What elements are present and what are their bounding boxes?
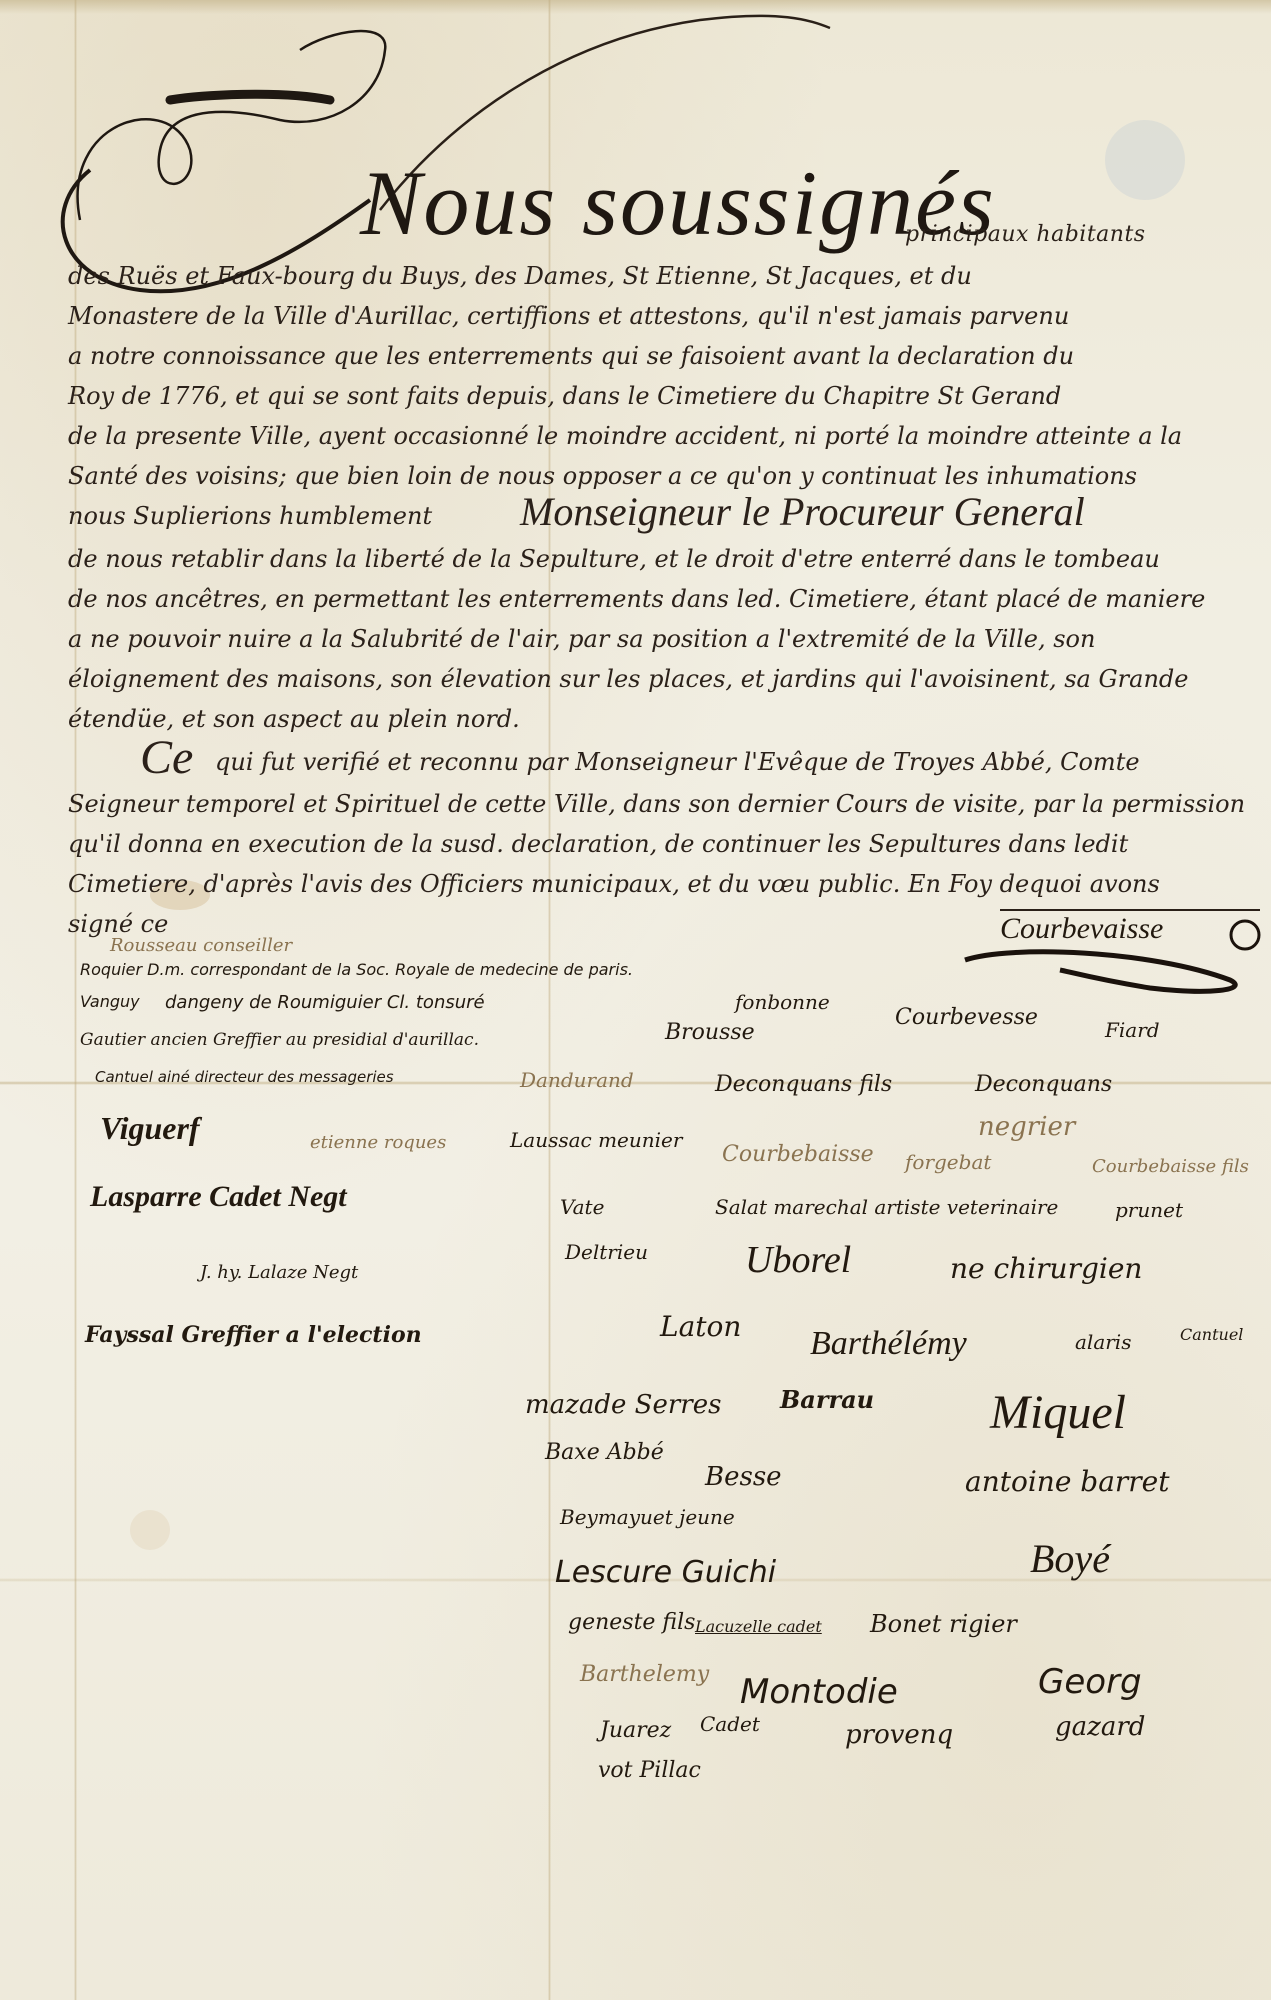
signature: Juarez <box>600 1718 671 1743</box>
signature: Brousse <box>665 1020 755 1045</box>
signature: etienne roques <box>310 1132 446 1153</box>
signature: Beymayuet jeune <box>560 1505 735 1529</box>
signature: Vate <box>560 1195 604 1219</box>
signature: Uborel <box>745 1238 851 1282</box>
stain <box>130 1510 170 1550</box>
signature: mazade Serres <box>525 1390 721 1420</box>
body-line: éloignement des maisons, son élevation s… <box>68 665 1188 693</box>
signature: fonbonne <box>735 990 830 1014</box>
signature: Cantuel ainé directeur des messageries <box>95 1068 394 1086</box>
signature: Lacuzelle cadet <box>695 1617 822 1636</box>
body-line: Roy de 1776, et qui se sont faits depuis… <box>68 382 1061 410</box>
signature: forgebat <box>905 1150 991 1174</box>
signature: Fiard <box>1105 1018 1160 1042</box>
body-line: nous Suplierions humblement <box>68 502 432 530</box>
heading-continuation: principaux habitants <box>905 222 1146 247</box>
signature: prunet <box>1115 1198 1183 1222</box>
signature: Courbebaisse <box>722 1142 874 1167</box>
signature: Courbebaisse fils <box>1092 1156 1249 1177</box>
paragraph2-line: Seigneur temporel et Spirituel de cette … <box>68 790 1245 818</box>
signature: Laussac meunier <box>510 1128 682 1152</box>
signature: Gautier ancien Greffier au presidial d'a… <box>80 1030 479 1050</box>
signature: Cadet <box>700 1712 760 1736</box>
body-line: a notre connoissance que les enterrement… <box>68 342 1074 370</box>
body-line: de nous retablir dans la liberté de la S… <box>68 545 1160 573</box>
signature: Laton <box>660 1310 741 1343</box>
signature: J. hy. Lalaze Negt <box>200 1262 358 1283</box>
signature: gazard <box>1055 1712 1145 1742</box>
signature: Besse <box>705 1462 782 1492</box>
signature: Rousseau conseiller <box>110 935 292 956</box>
body-line: de nos ancêtres, en permettant les enter… <box>68 585 1205 613</box>
signature: Deconquans fils <box>715 1072 892 1097</box>
signature: Deltrieu <box>565 1240 648 1264</box>
signature: Dandurand <box>520 1068 634 1092</box>
signature: provenq <box>845 1720 953 1750</box>
signature: Montodie <box>740 1672 898 1712</box>
signature: Lasparre Cadet Negt <box>90 1180 347 1214</box>
signature: Bonet rigier <box>870 1610 1017 1638</box>
body-line: Monastere de la Ville d'Aurillac, certif… <box>68 302 1069 330</box>
body-line: des Ruës et Faux-bourg du Buys, des Dame… <box>68 262 972 290</box>
signature: ne chirurgien <box>950 1252 1142 1285</box>
body-line: de la presente Ville, ayent occasionné l… <box>68 422 1182 450</box>
signature: Barrau <box>780 1385 874 1414</box>
signature: Fayssal Greffier a l'election <box>85 1322 422 1348</box>
signature: Barthélémy <box>810 1325 967 1363</box>
signature: negrier <box>978 1112 1075 1142</box>
document-page: Nous soussignés principaux habitants des… <box>0 0 1271 2000</box>
signature: Roquier D.m. correspondant de la Soc. Ro… <box>80 960 633 979</box>
paragraph2-line: qu'il donna en execution de la susd. dec… <box>68 830 1128 858</box>
signature: Baxe Abbé <box>545 1440 664 1465</box>
paragraph2-line: signé ce <box>68 910 168 938</box>
signature: Miquel <box>990 1385 1126 1440</box>
heading-title: Nous soussignés <box>360 150 996 256</box>
paragraph2-line: Cimetiere, d'après l'avis des Officiers … <box>68 870 1160 898</box>
signature: Georg <box>1038 1662 1142 1702</box>
signature: Cantuel <box>1180 1325 1243 1344</box>
signature: Vanguy <box>80 992 140 1011</box>
signature: Courbevesse <box>895 1005 1038 1030</box>
signature: vot Pillac <box>598 1758 701 1783</box>
signature: Deconquans <box>975 1072 1112 1097</box>
body-emphasis: Monseigneur le Procureur General <box>520 488 1085 535</box>
signature: Viguerf <box>100 1110 200 1147</box>
signature: Salat marechal artiste veterinaire <box>715 1195 1058 1219</box>
signature: Lescure Guichi <box>555 1555 776 1590</box>
signature: dangeny de Roumiguier Cl. tonsuré <box>165 992 485 1013</box>
signature: antoine barret <box>965 1465 1170 1498</box>
body-line: Santé des voisins; que bien loin de nous… <box>68 462 1137 490</box>
signature: Boyé <box>1030 1535 1110 1582</box>
body-line: a ne pouvoir nuire a la Salubrité de l'a… <box>68 625 1095 653</box>
signature: geneste fils <box>568 1610 695 1635</box>
signature: alaris <box>1075 1330 1131 1354</box>
signature-flourish-icon <box>950 900 1271 1010</box>
signature: Barthelemy <box>580 1662 709 1687</box>
body-line: étendüe, et son aspect au plein nord. <box>68 705 520 733</box>
paragraph2-line: qui fut verifié et reconnu par Monseigne… <box>215 748 1140 776</box>
paragraph-initial: Ce <box>140 730 193 785</box>
